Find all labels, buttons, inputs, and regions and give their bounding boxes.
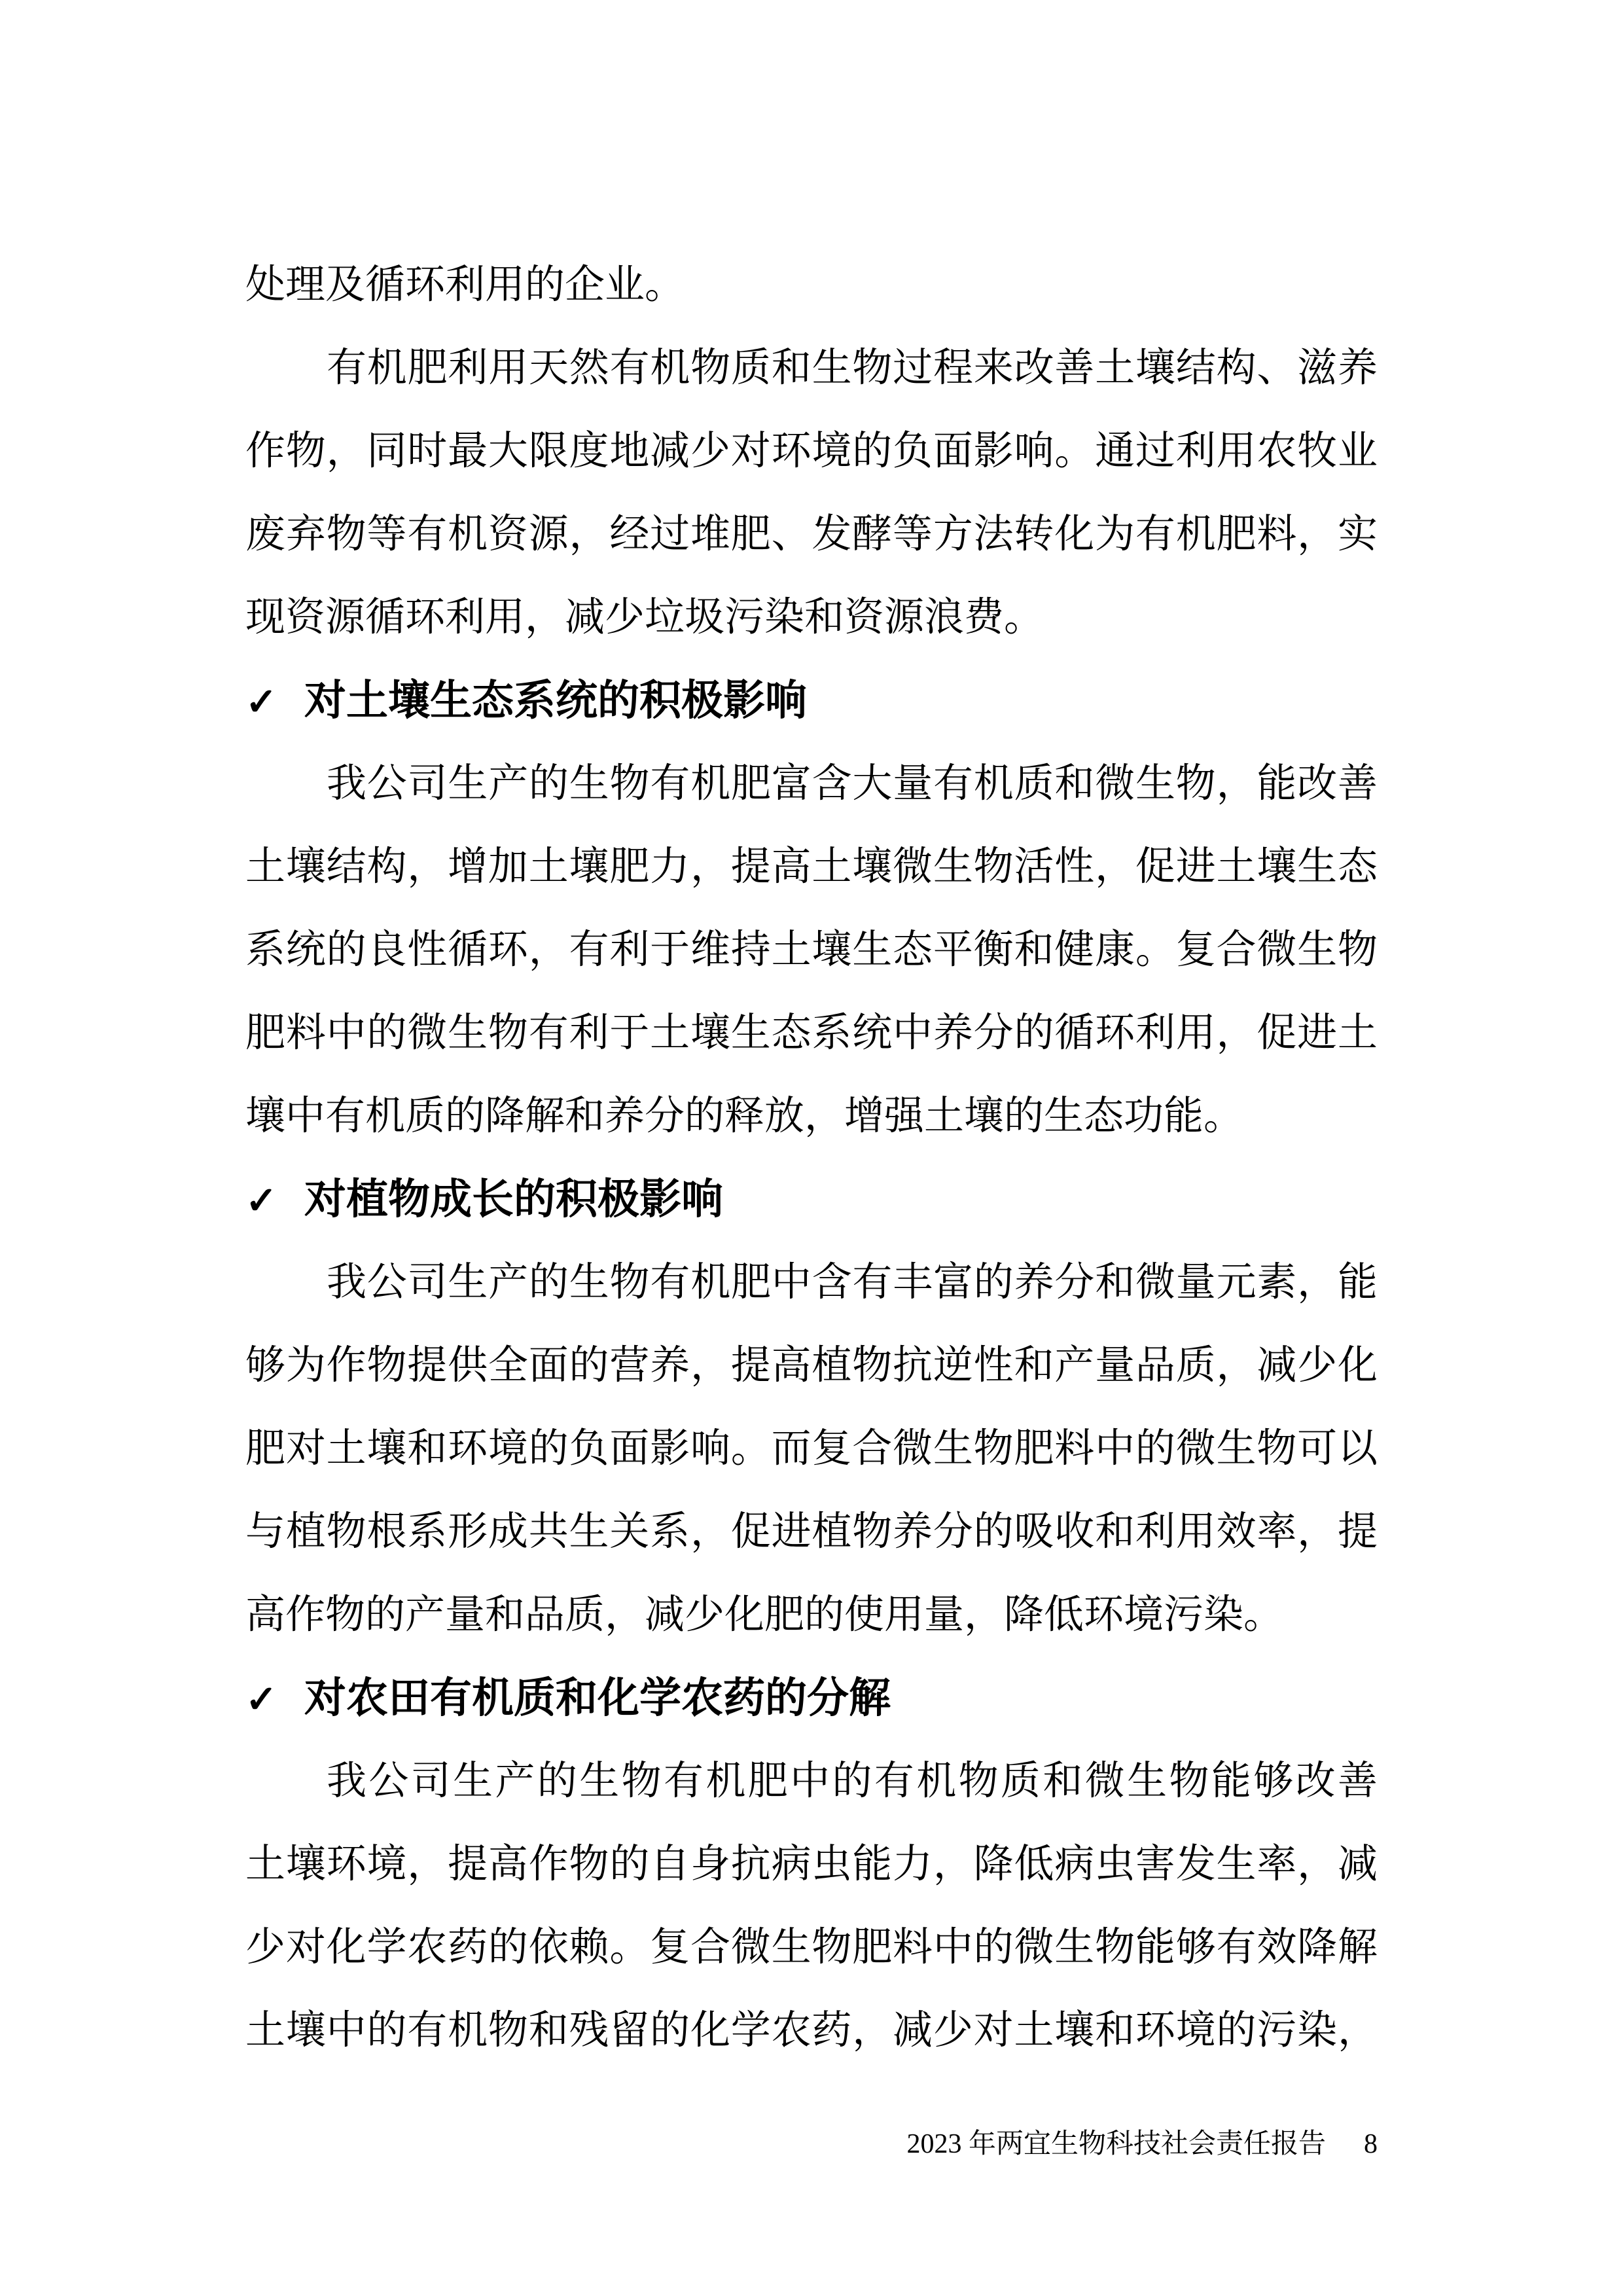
checkmark-icon: ✓	[245, 660, 276, 744]
page-footer: 2023 年两宜生物科技社会责任报告 8	[906, 2126, 1378, 2162]
section-heading: ✓对农田有机质和化学农药的分解	[245, 1657, 1378, 1740]
body-line: 有机肥利用天然有机物质和生物过程来改善土壤结构、滋养	[245, 327, 1378, 410]
body-line: 高作物的产量和品质，减少化肥的使用量，降低环境污染。	[245, 1573, 1378, 1657]
document-body: 处理及循环利用的企业。有机肥利用天然有机物质和生物过程来改善土壤结构、滋养作物，…	[245, 243, 1378, 2072]
body-line: 与植物根系形成共生关系，促进植物养分的吸收和利用效率，提	[245, 1490, 1378, 1573]
body-line: 够为作物提供全面的营养，提高植物抗逆性和产量品质，减少化	[245, 1324, 1378, 1407]
section-heading: ✓对土壤生态系统的积极影响	[245, 659, 1378, 742]
body-line: 土壤结构，增加土壤肥力，提高土壤微生物活性，促进土壤生态	[245, 825, 1378, 908]
section-heading-text: 对土壤生态系统的积极影响	[304, 677, 807, 724]
section-heading: ✓对植物成长的积极影响	[245, 1158, 1378, 1241]
body-line: 壤中有机质的降解和养分的释放，增强土壤的生态功能。	[245, 1075, 1378, 1158]
body-line: 土壤中的有机物和残留的化学农药，减少对土壤和环境的污染，	[245, 1989, 1378, 2072]
body-line: 肥料中的微生物有利于土壤生态系统中养分的循环利用，促进土	[245, 992, 1378, 1075]
body-line: 土壤环境，提高作物的自身抗病虫能力，降低病虫害发生率，减	[245, 1823, 1378, 1906]
footer-report-title: 2023 年两宜生物科技社会责任报告	[906, 2126, 1326, 2162]
report-page: 处理及循环利用的企业。有机肥利用天然有机物质和生物过程来改善土壤结构、滋养作物，…	[0, 0, 1623, 2296]
checkmark-icon: ✓	[245, 1159, 276, 1242]
section-heading-text: 对植物成长的积极影响	[304, 1176, 723, 1223]
body-line: 处理及循环利用的企业。	[245, 243, 1378, 327]
body-line: 作物，同时最大限度地减少对环境的负面影响。通过利用农牧业	[245, 410, 1378, 493]
body-line: 废弃物等有机资源，经过堆肥、发酵等方法转化为有机肥料，实	[245, 493, 1378, 576]
footer-page-number: 8	[1364, 2126, 1378, 2162]
section-heading-text: 对农田有机质和化学农药的分解	[304, 1675, 891, 1721]
body-line: 我公司生产的生物有机肥富含大量有机质和微生物，能改善	[245, 742, 1378, 825]
body-line: 现资源循环利用，减少垃圾污染和资源浪费。	[245, 576, 1378, 659]
body-line: 系统的良性循环，有利于维持土壤生态平衡和健康。复合微生物	[245, 908, 1378, 992]
body-line: 我公司生产的生物有机肥中的有机物质和微生物能够改善	[245, 1740, 1378, 1823]
body-line: 肥对土壤和环境的负面影响。而复合微生物肥料中的微生物可以	[245, 1407, 1378, 1490]
body-line: 我公司生产的生物有机肥中含有丰富的养分和微量元素，能	[245, 1241, 1378, 1324]
checkmark-icon: ✓	[245, 1658, 276, 1741]
body-line: 少对化学农药的依赖。复合微生物肥料中的微生物能够有效降解	[245, 1906, 1378, 1989]
